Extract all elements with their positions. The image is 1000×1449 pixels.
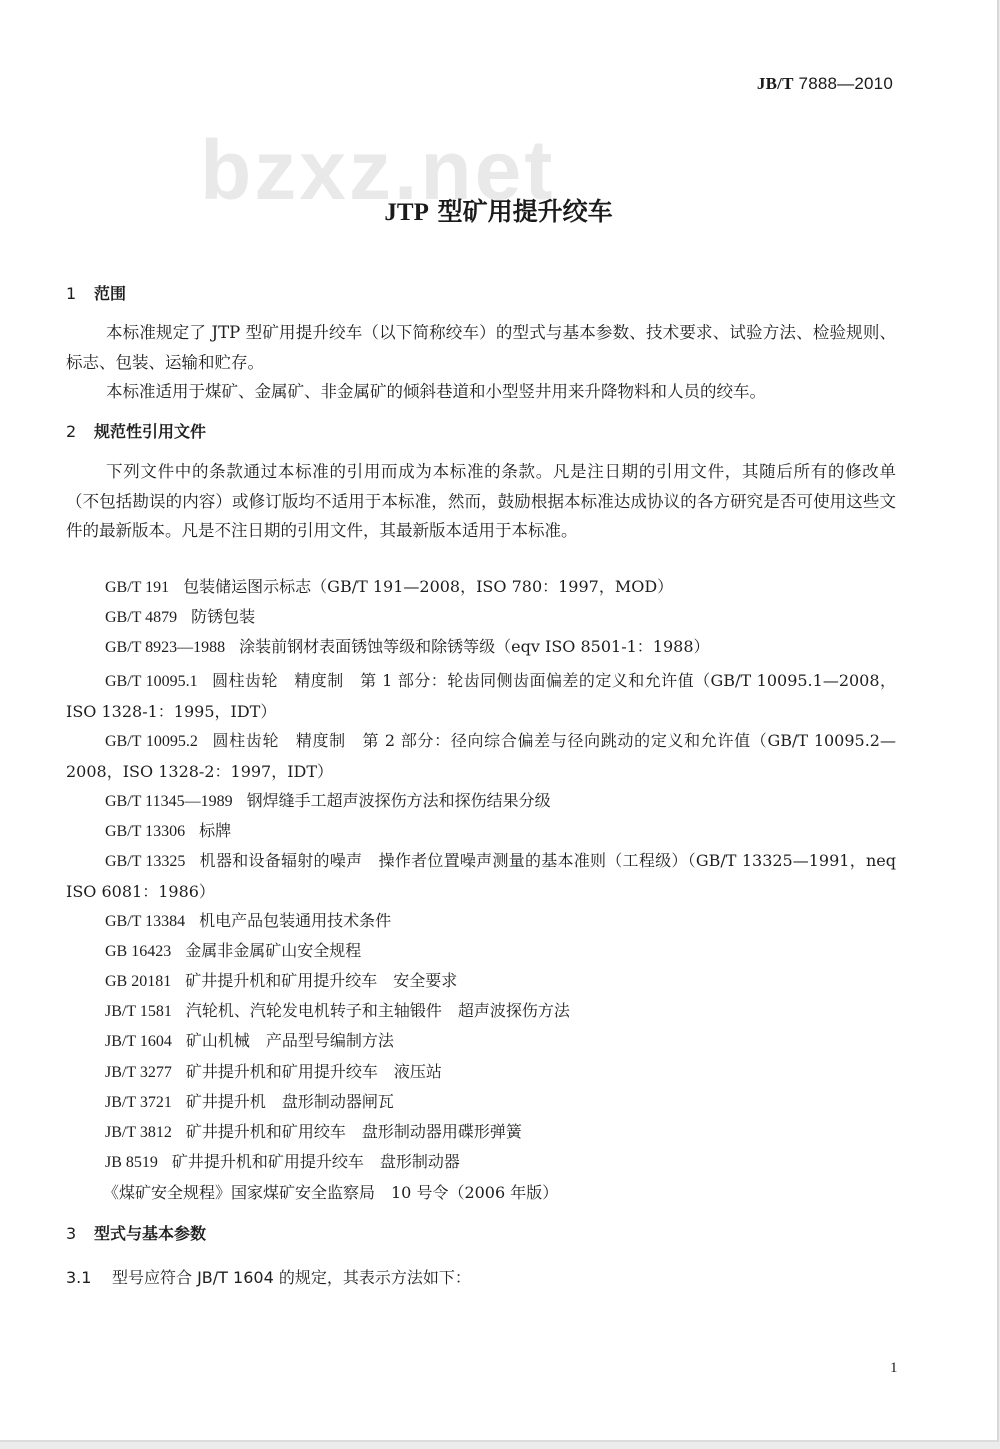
- reference-item: JB/T 1604矿山机械 产品型号编制方法: [105, 1031, 394, 1052]
- page-number: 1: [890, 1360, 898, 1377]
- title-latin: JTP: [384, 199, 428, 226]
- section-1-paragraph-1: 本标准规定了 JTP 型矿用提升绞车（以下简称绞车）的型式与基本参数、技术要求、…: [66, 318, 896, 377]
- document-title: JTP 型矿用提升绞车: [0, 192, 997, 228]
- section-heading-2: 2规范性引用文件: [66, 422, 206, 442]
- reference-item: GB/T 10095.2圆柱齿轮 精度制 第 2 部分：径向综合偏差与径向跳动的…: [66, 726, 896, 787]
- reference-item: JB/T 1581汽轮机、汽轮发电机转子和主轴锻件 超声波探伤方法: [105, 1001, 570, 1022]
- section-2-paragraph-1: 下列文件中的条款通过本标准的引用而成为本标准的条款。凡是注日期的引用文件，其随后…: [66, 457, 896, 546]
- reference-item: GB/T 8923—1988涂装前钢材表面锈蚀等级和除锈等级（eqv ISO 8…: [105, 637, 710, 658]
- standard-code: JB/T 7888—2010: [757, 74, 893, 94]
- section-1-paragraph-2: 本标准适用于煤矿、金属矿、非金属矿的倾斜巷道和小型竖井用来升降物料和人员的绞车。: [66, 377, 896, 407]
- standard-code-prefix: JB/T: [757, 74, 794, 93]
- title-cjk: 型矿用提升绞车: [429, 197, 613, 226]
- reference-item: GB/T 191包装储运图示标志（GB/T 191—2008，ISO 780：1…: [105, 577, 673, 598]
- reference-item: JB/T 3812矿井提升机和矿用绞车 盘形制动器用碟形弹簧: [105, 1122, 522, 1143]
- reference-item: JB 8519矿井提升机和矿用提升绞车 盘形制动器: [105, 1152, 460, 1173]
- reference-item: GB 16423金属非金属矿山安全规程: [105, 941, 361, 962]
- reference-item: GB/T 13325机器和设备辐射的噪声 操作者位置噪声测量的基本准则（工程级）…: [66, 846, 896, 907]
- reference-item: GB/T 10095.1圆柱齿轮 精度制 第 1 部分：轮齿同侧齿面偏差的定义和…: [66, 666, 896, 727]
- section-heading-1: 1范围: [66, 284, 126, 304]
- reference-item: JB/T 3721矿井提升机 盘形制动器闸瓦: [105, 1092, 394, 1113]
- section-heading-3: 3型式与基本参数: [66, 1224, 206, 1244]
- subsection-3-1: 3.1型号应符合 JB/T 1604 的规定，其表示方法如下：: [66, 1268, 471, 1288]
- reference-item: GB/T 4879防锈包装: [105, 607, 255, 628]
- reference-item: 《煤矿安全规程》国家煤矿安全监察局 10 号令（2006 年版）: [103, 1183, 558, 1203]
- standard-code-number: 7888—2010: [794, 74, 893, 93]
- reference-item: GB/T 11345—1989钢焊缝手工超声波探伤方法和探伤结果分级: [105, 791, 551, 812]
- reference-item: GB/T 13384机电产品包装通用技术条件: [105, 911, 391, 932]
- reference-item: JB/T 3277矿井提升机和矿用提升绞车 液压站: [105, 1062, 442, 1083]
- reference-item: GB 20181矿井提升机和矿用提升绞车 安全要求: [105, 971, 457, 992]
- reference-item: GB/T 13306标牌: [105, 821, 231, 842]
- document-page: JB/T 7888—2010 bzxz.net JTP 型矿用提升绞车 1范围 …: [0, 0, 999, 1442]
